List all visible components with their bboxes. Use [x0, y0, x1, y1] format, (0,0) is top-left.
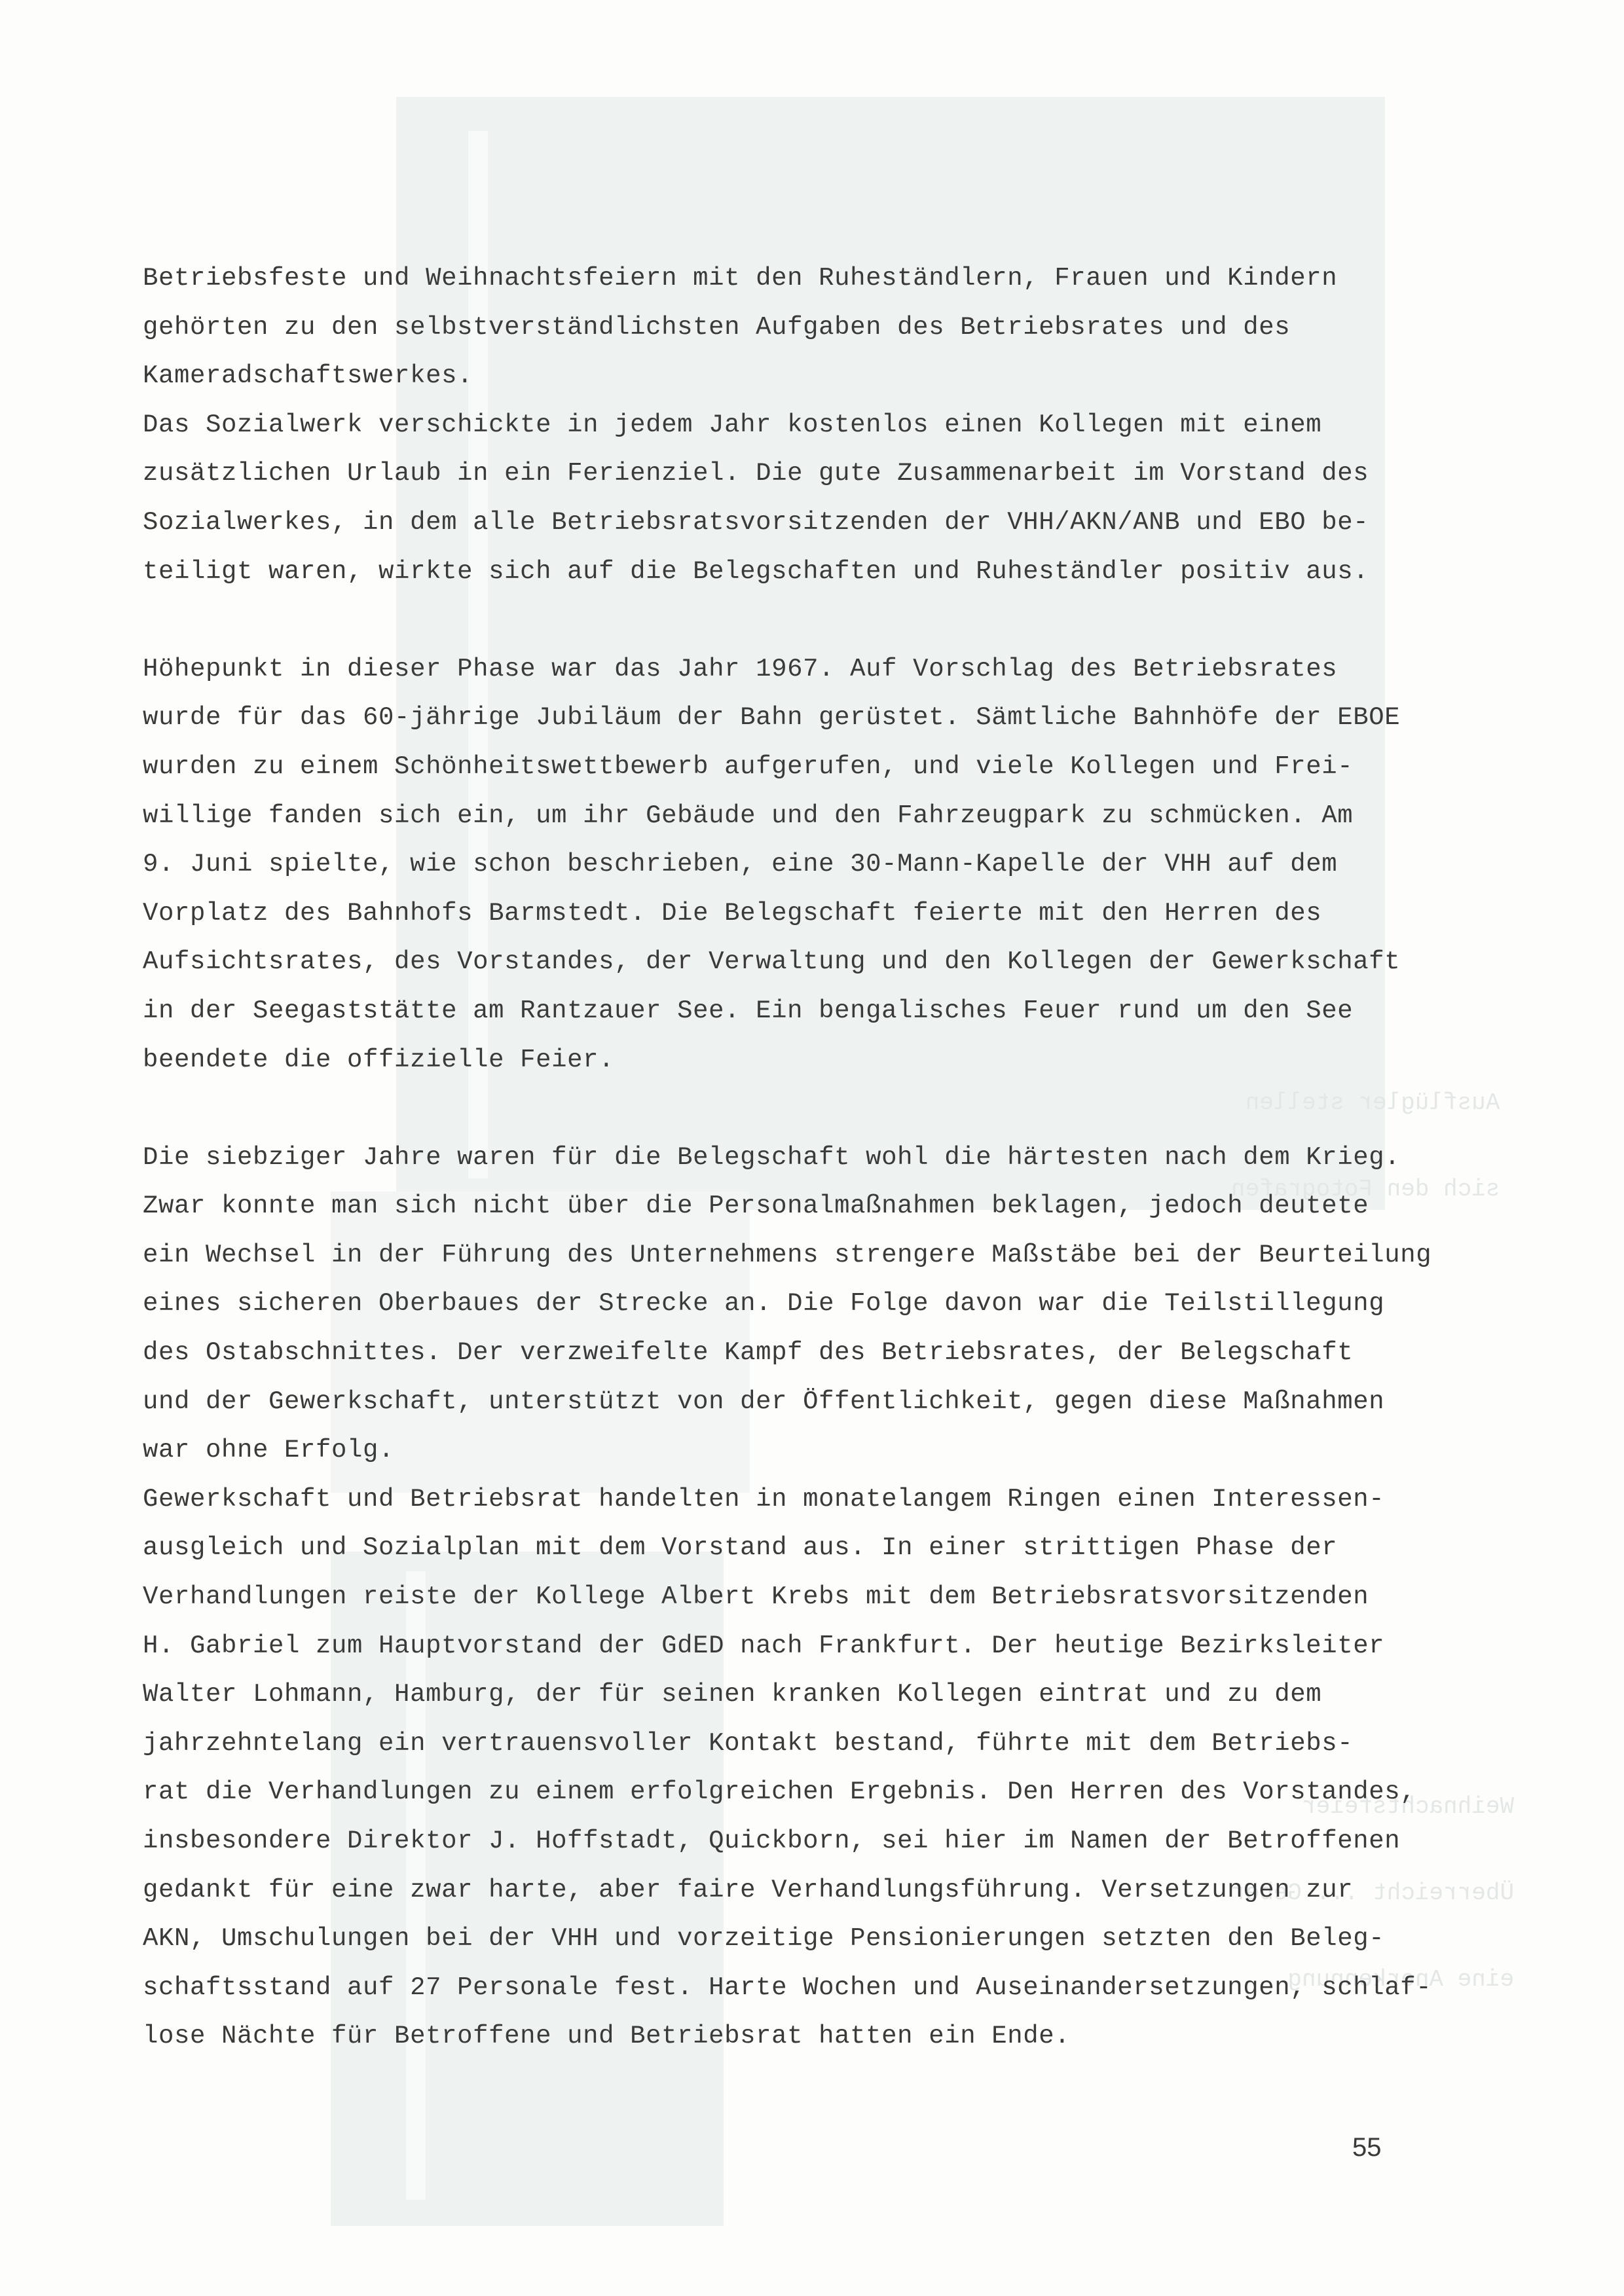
- text-line: Zwar konnte man sich nicht über die Pers…: [143, 1182, 1518, 1231]
- text-line: wurden zu einem Schönheitswettbewerb auf…: [143, 742, 1518, 792]
- text-line: Gewerkschaft und Betriebsrat handelten i…: [143, 1475, 1518, 1524]
- text-line: willige fanden sich ein, um ihr Gebäude …: [143, 792, 1518, 841]
- text-line: rat die Verhandlungen zu einem erfolgrei…: [143, 1768, 1518, 1817]
- text-line: AKN, Umschulungen bei der VHH und vorzei…: [143, 1914, 1518, 1963]
- paragraph: Das Sozialwerk verschickte in jedem Jahr…: [143, 401, 1518, 596]
- text-line: des Ostabschnittes. Der verzweifelte Kam…: [143, 1328, 1518, 1377]
- document-page: Ausflügler stellen sich den Fotografen W…: [0, 0, 1624, 2296]
- text-line: wurde für das 60-jährige Jubiläum der Ba…: [143, 693, 1518, 742]
- text-line: teiligt waren, wirkte sich auf die Beleg…: [143, 547, 1518, 596]
- text-line: schaftsstand auf 27 Personale fest. Hart…: [143, 1963, 1518, 2013]
- text-line: gedankt für eine zwar harte, aber faire …: [143, 1866, 1518, 1915]
- text-line: gehörten zu den selbstverständlichsten A…: [143, 303, 1518, 352]
- text-line: Kameradschaftswerkes.: [143, 352, 1518, 401]
- text-line: Vorplatz des Bahnhofs Barmstedt. Die Bel…: [143, 889, 1518, 938]
- text-line: zusätzlichen Urlaub in ein Ferienziel. D…: [143, 449, 1518, 498]
- text-line: Walter Lohmann, Hamburg, der für seinen …: [143, 1670, 1518, 1719]
- text-line: lose Nächte für Betroffene und Betriebsr…: [143, 2012, 1518, 2061]
- text-line: 9. Juni spielte, wie schon beschrieben, …: [143, 840, 1518, 889]
- text-line: Das Sozialwerk verschickte in jedem Jahr…: [143, 401, 1518, 450]
- text-line: Die siebziger Jahre waren für die Belegs…: [143, 1133, 1518, 1182]
- text-line: jahrzehntelang ein vertrauensvoller Kont…: [143, 1719, 1518, 1768]
- text-line: beendete die offizielle Feier.: [143, 1036, 1518, 1085]
- text-line: ein Wechsel in der Führung des Unternehm…: [143, 1231, 1518, 1280]
- text-line: und der Gewerkschaft, unterstützt von de…: [143, 1377, 1518, 1427]
- text-line: Höhepunkt in dieser Phase war das Jahr 1…: [143, 645, 1518, 694]
- text-line: H. Gabriel zum Hauptvorstand der GdED na…: [143, 1622, 1518, 1671]
- paragraph: Gewerkschaft und Betriebsrat handelten i…: [143, 1475, 1518, 2061]
- text-line: Verhandlungen reiste der Kollege Albert …: [143, 1573, 1518, 1622]
- text-line: in der Seegaststätte am Rantzauer See. E…: [143, 987, 1518, 1036]
- page-number: 55: [1352, 2133, 1382, 2162]
- text-line: Betriebsfeste und Weihnachtsfeiern mit d…: [143, 254, 1518, 303]
- text-line: Aufsichtsrates, des Vorstandes, der Verw…: [143, 938, 1518, 987]
- text-line: eines sicheren Oberbaues der Strecke an.…: [143, 1279, 1518, 1328]
- text-line: ausgleich und Sozialplan mit dem Vorstan…: [143, 1523, 1518, 1573]
- paragraph: Betriebsfeste und Weihnachtsfeiern mit d…: [143, 254, 1518, 401]
- paragraph: Höhepunkt in dieser Phase war das Jahr 1…: [143, 645, 1518, 1084]
- paragraph: Die siebziger Jahre waren für die Belegs…: [143, 1133, 1518, 1475]
- body-text: Betriebsfeste und Weihnachtsfeiern mit d…: [143, 254, 1518, 2061]
- text-line: insbesondere Direktor J. Hoffstadt, Quic…: [143, 1817, 1518, 1866]
- text-line: war ohne Erfolg.: [143, 1426, 1518, 1475]
- text-line: Sozialwerkes, in dem alle Betriebsratsvo…: [143, 498, 1518, 547]
